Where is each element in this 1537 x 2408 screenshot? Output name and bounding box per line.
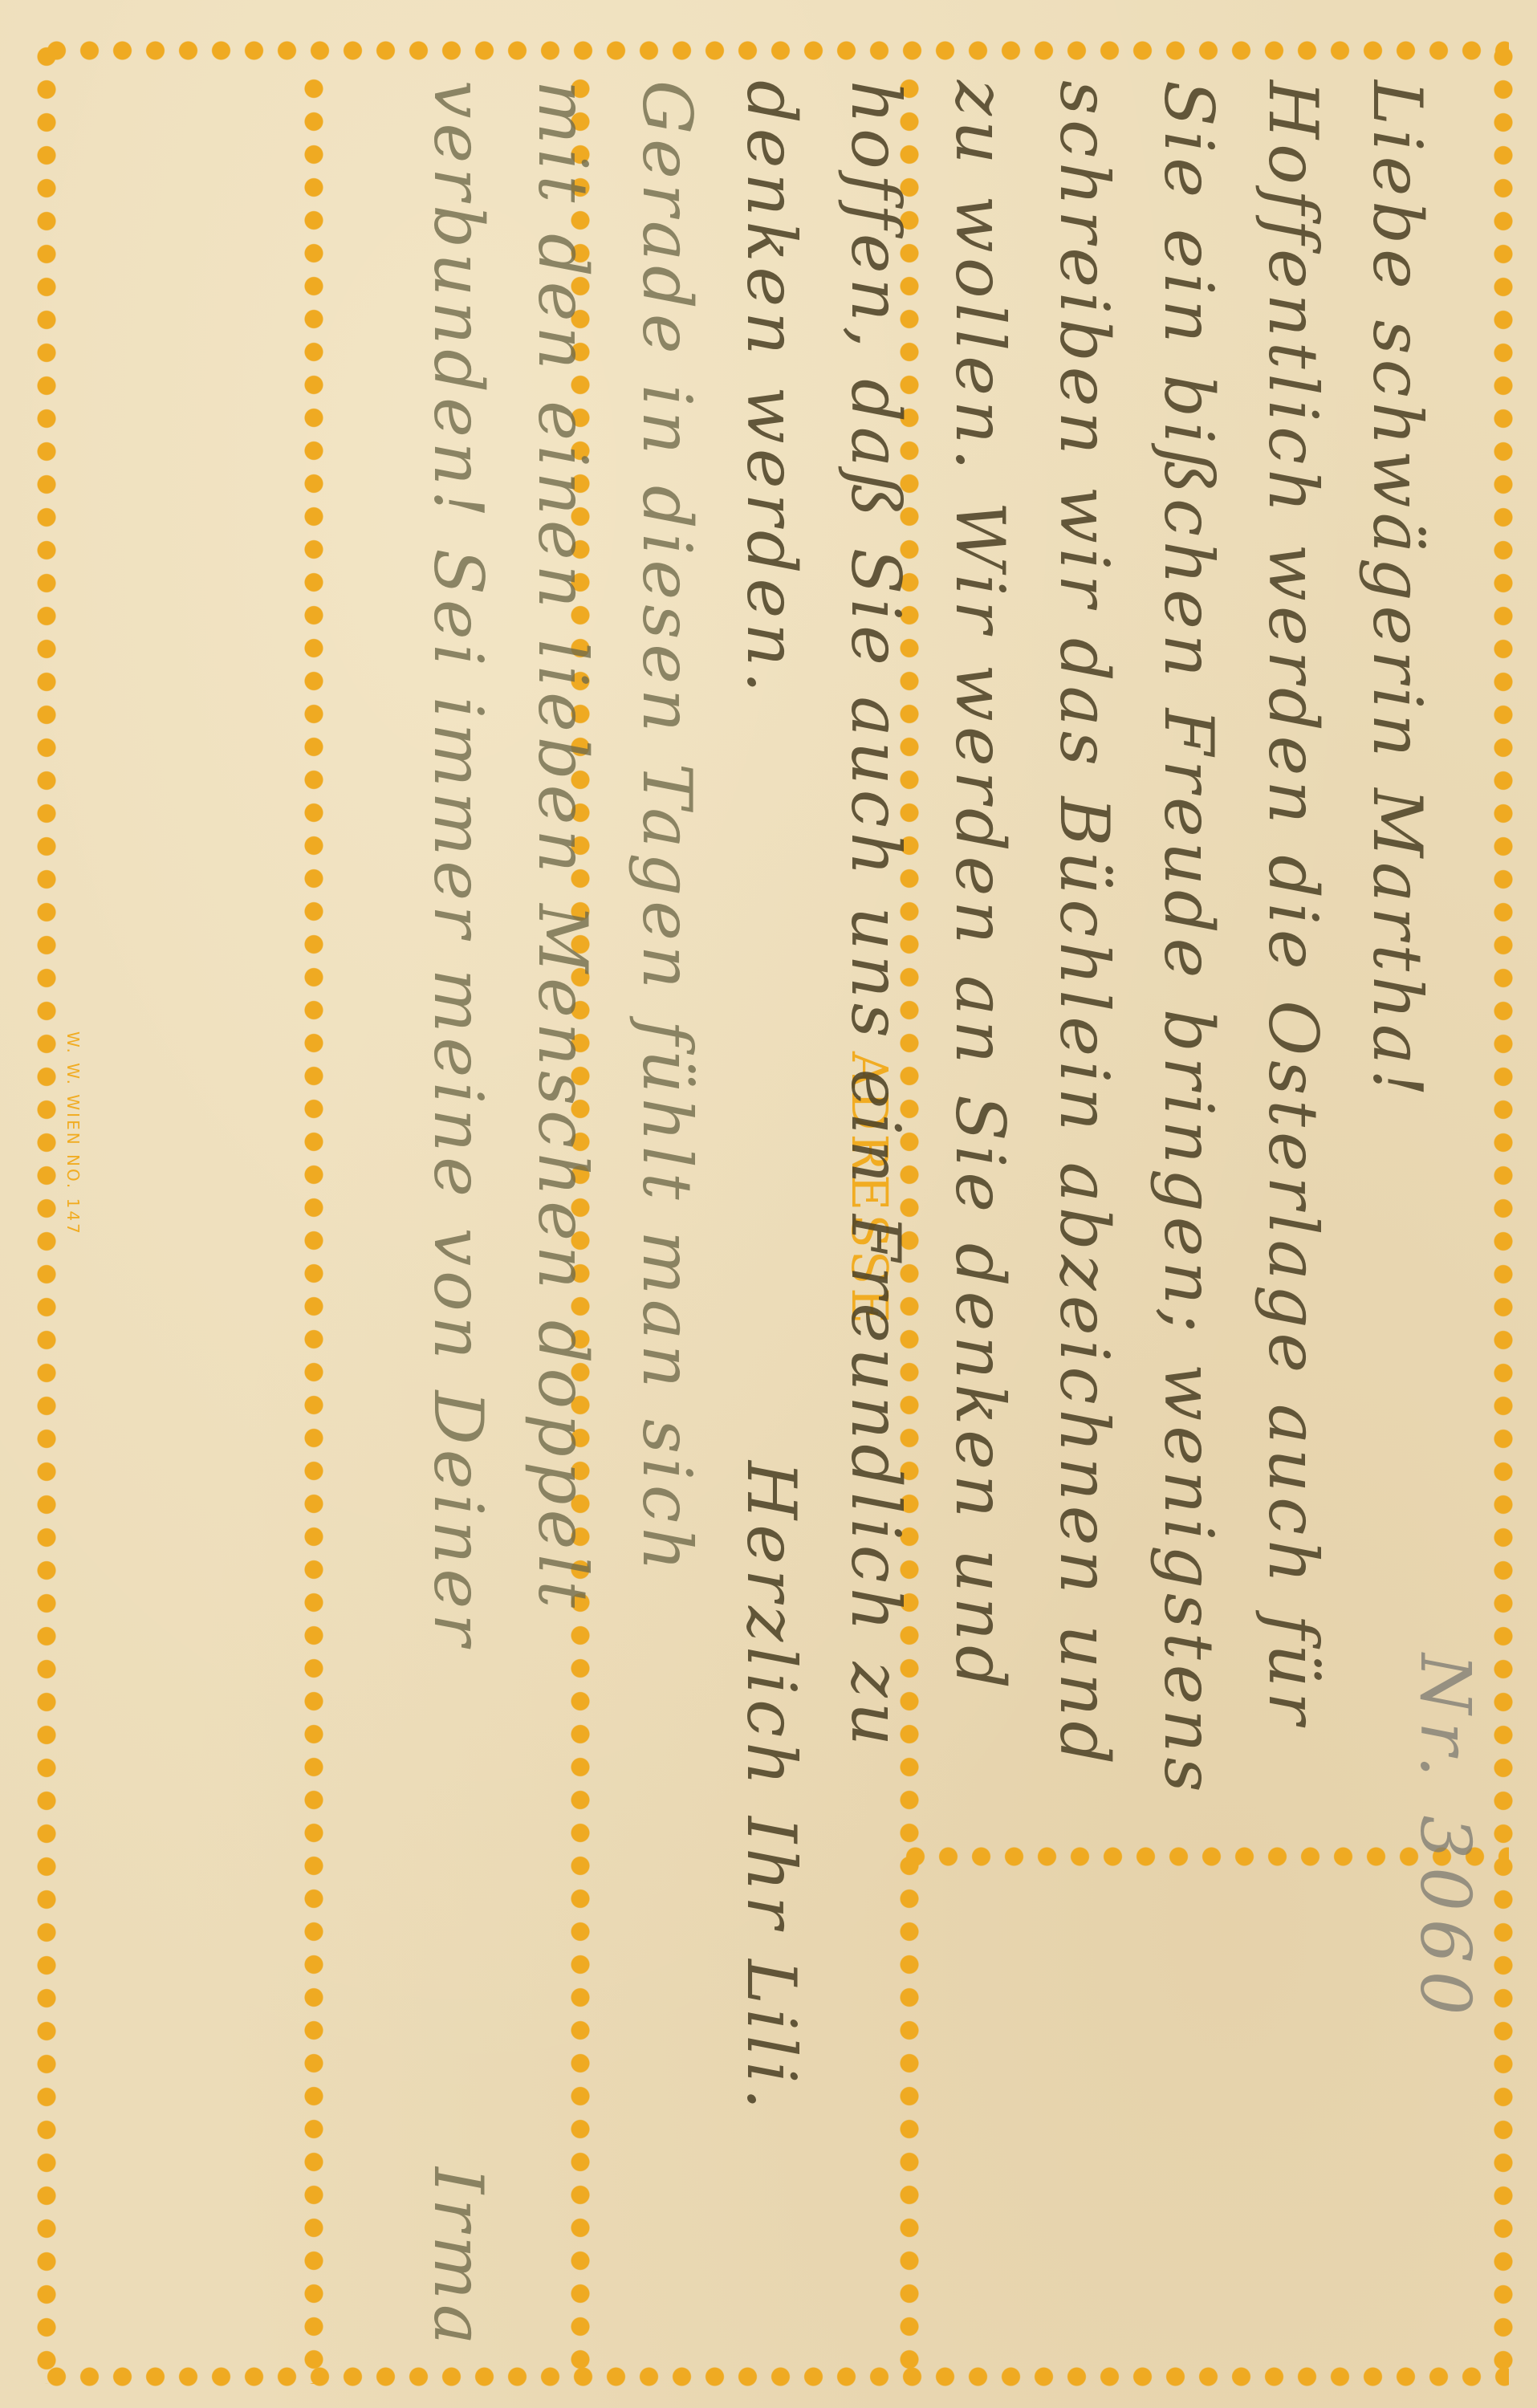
printer-imprint: W. W. WIEN NO. 147 xyxy=(63,1031,83,1236)
dotted-border-bottom xyxy=(40,2366,1509,2387)
dotted-border-right xyxy=(1493,40,1514,2384)
handwriting-line: Liebe schwägerin Martha! xyxy=(1358,80,1437,1101)
signature: Irma xyxy=(419,2167,498,2349)
handwriting-line: zu wollen. Wir werden an Sie denken und xyxy=(941,80,1019,1694)
handwriting-line: Sie ein bißchen Freude bringen; wenigste… xyxy=(1149,80,1228,1797)
handwriting-line: Hoffentlich werden die Osterlage auch fü… xyxy=(1254,80,1332,1729)
handwriting-line: mit den einen lieben Menschen doppelt xyxy=(523,80,602,1613)
address-line-1 xyxy=(303,72,324,2384)
archive-number: Nr. 3060 xyxy=(1405,1653,1485,2023)
handwriting-line: Herzlich Ihr Lili. xyxy=(732,1461,811,2114)
dotted-border-top xyxy=(40,40,1509,61)
handwriting-line: schreiben wir das Büchlein abzeichnen un… xyxy=(1045,80,1124,1769)
handwriting-line: Gerade in diesen Tagen fühlt man sich xyxy=(628,80,706,1576)
handwriting-line: hoffen, daß Sie auch uns ein Freundlich … xyxy=(836,80,915,1751)
dotted-border-left xyxy=(36,40,57,2384)
handwriting-line: verbunden! Sei immer meine von Deiner xyxy=(419,80,498,1650)
postcard: ADRESSE W. W. WIEN NO. 147 Nr. 3060 Lieb… xyxy=(0,0,1537,2408)
handwriting-line: denken werden. xyxy=(732,80,811,698)
